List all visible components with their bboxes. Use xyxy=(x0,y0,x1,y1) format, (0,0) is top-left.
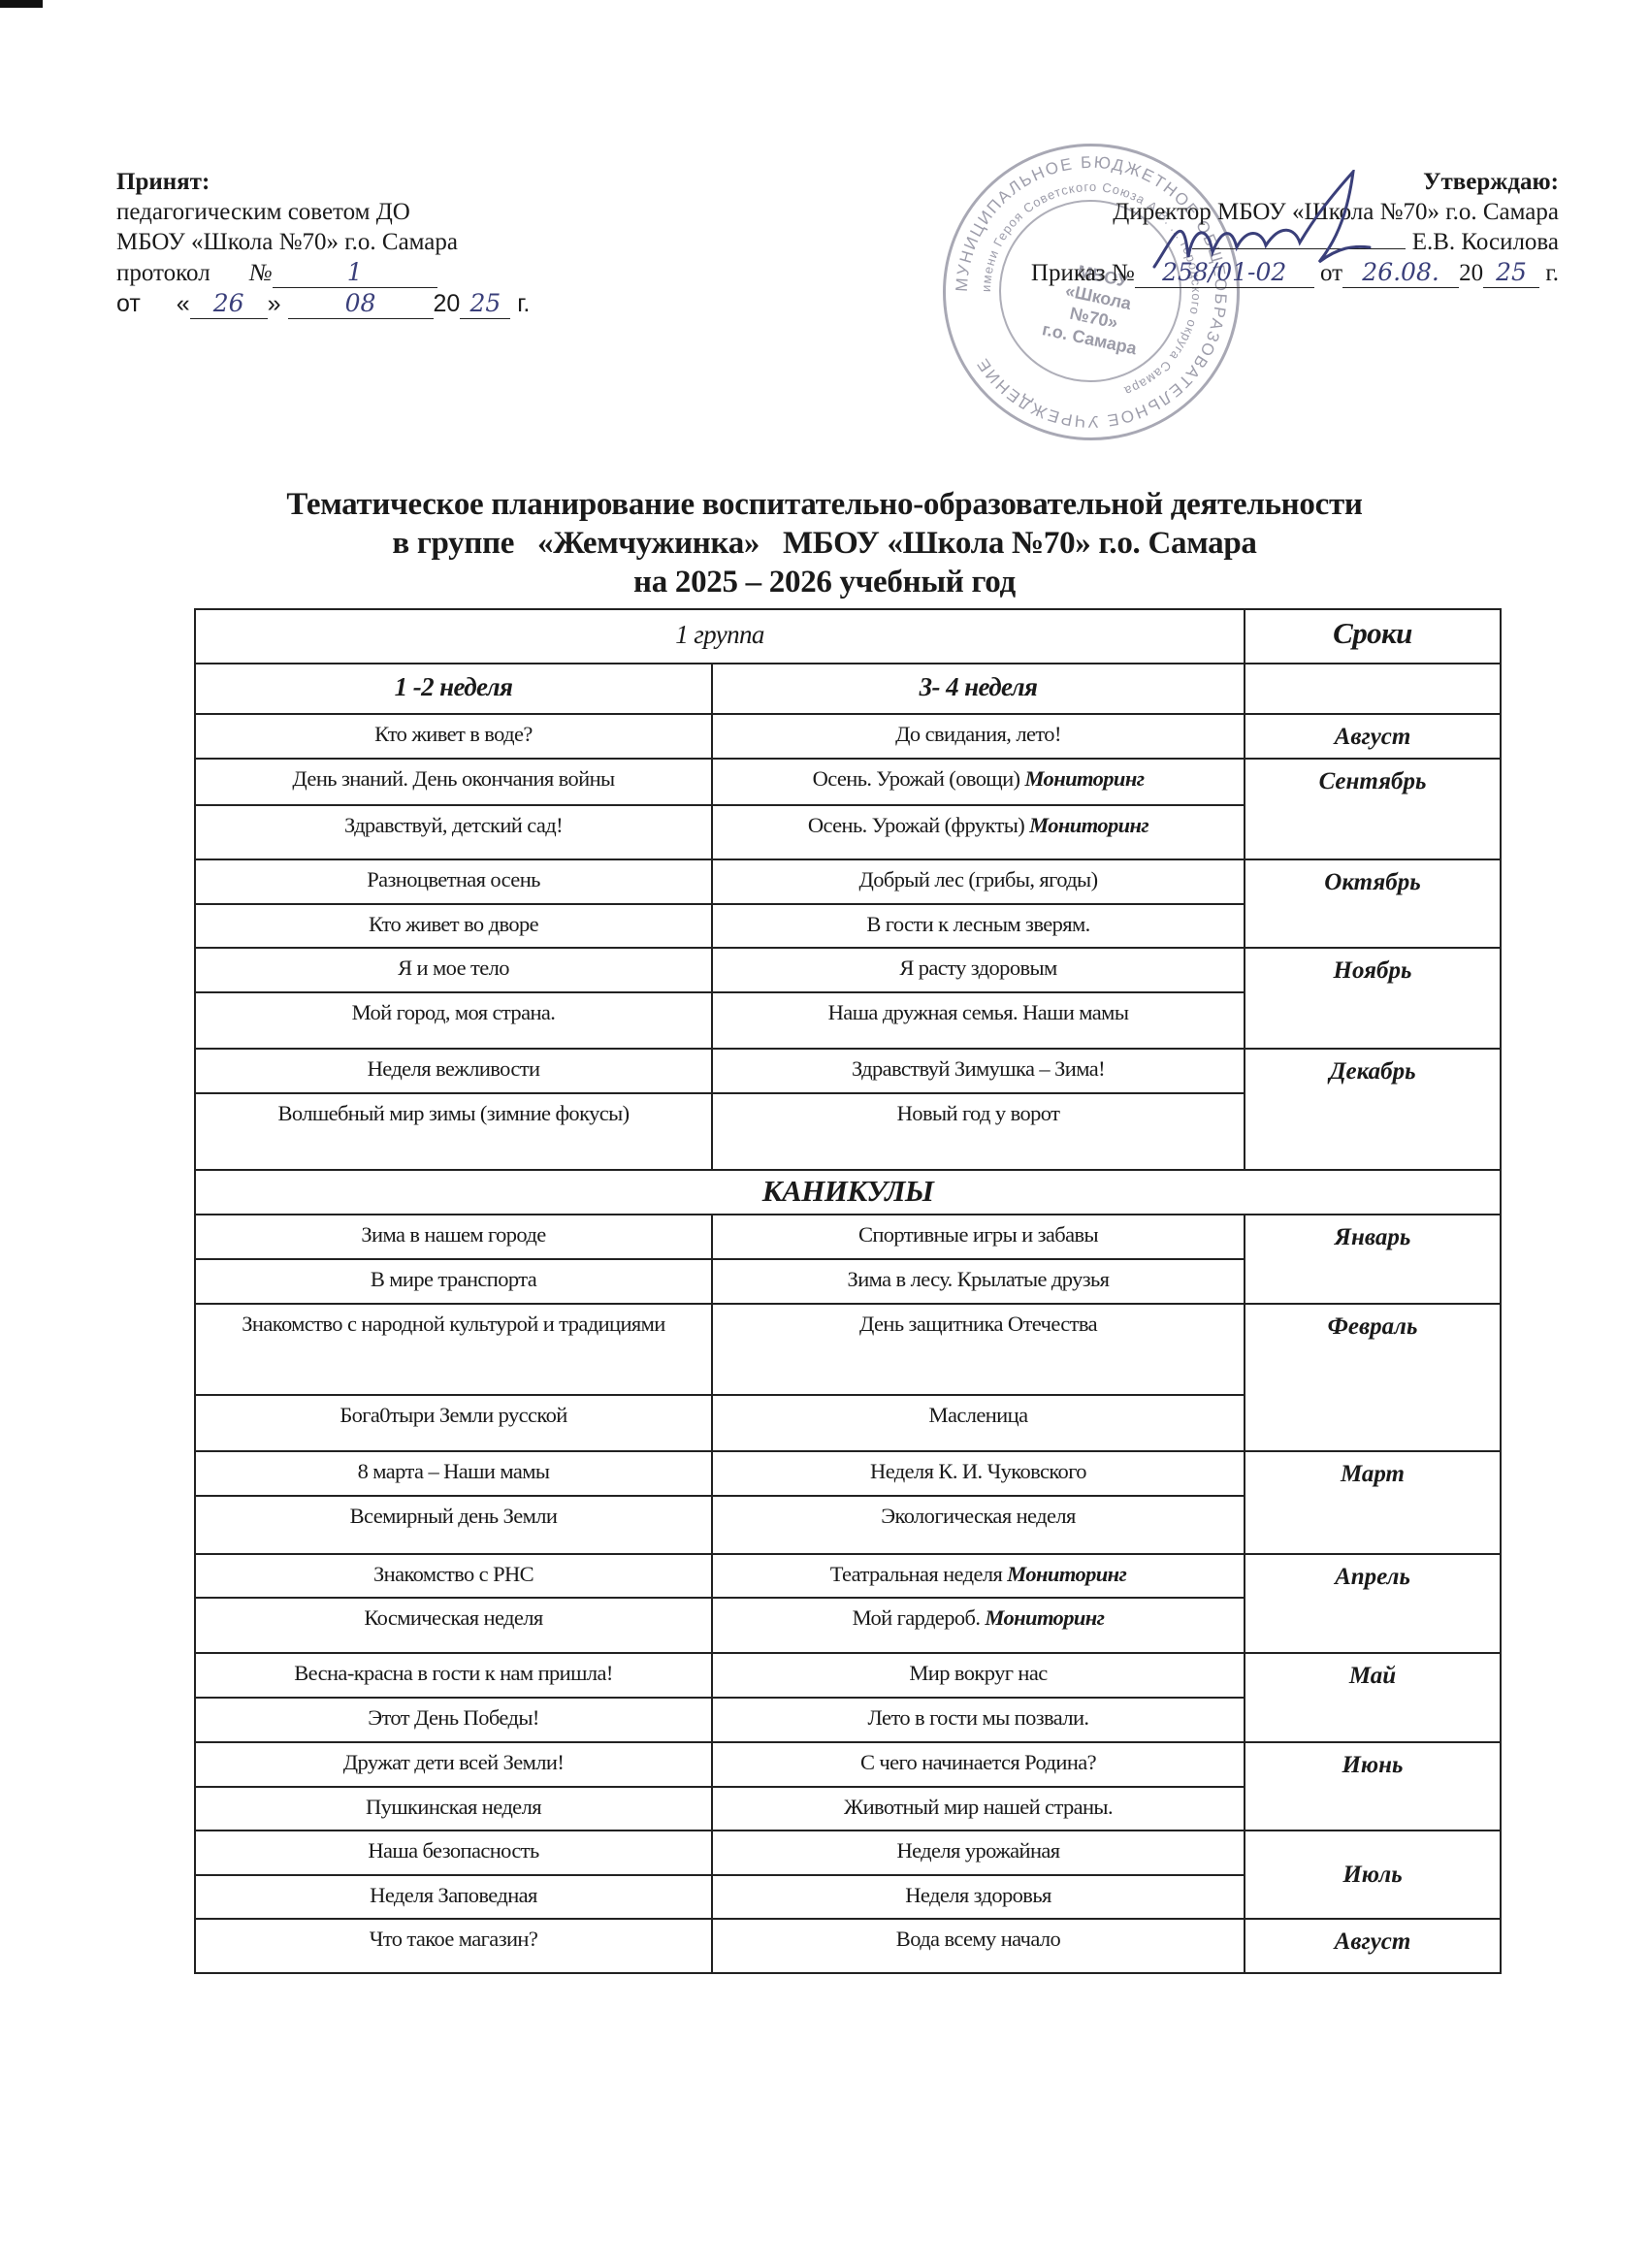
cell-week12: Пушкинская неделя xyxy=(195,1787,712,1831)
protocol-label: протокол xyxy=(116,260,210,286)
topic-text: Неделя здоровья xyxy=(905,1883,1051,1907)
date-year-suffix: 25 xyxy=(460,288,510,319)
cell-week12: Зима в нашем городе xyxy=(195,1215,712,1259)
month-cell: Сентябрь xyxy=(1245,759,1501,859)
topic-text: Я расту здоровым xyxy=(899,956,1056,980)
order-suffix: г. xyxy=(1545,260,1559,286)
table-row: Что такое магазин?Вода всему началоАвгус… xyxy=(195,1919,1501,1973)
cell-week34: Новый год у ворот xyxy=(712,1093,1245,1170)
topic-text: Разноцветная осень xyxy=(367,867,540,891)
topic-text: Неделя вежливости xyxy=(368,1056,540,1081)
cell-week12: Кто живет во дворе xyxy=(195,904,712,948)
table-row: Знакомство с РНСТеатральная неделя Монит… xyxy=(195,1554,1501,1598)
month-cell: Май xyxy=(1245,1653,1501,1742)
cell-week12: Неделя вежливости xyxy=(195,1049,712,1093)
cell-week34: Театральная неделя Мониторинг xyxy=(712,1554,1245,1598)
cell-week34: Осень. Урожай (фрукты) Мониторинг xyxy=(712,805,1245,859)
cell-week34: Наша дружная семья. Наши мамы xyxy=(712,992,1245,1049)
order-year-suffix: 25 xyxy=(1483,257,1539,288)
date-month: 08 xyxy=(288,288,434,319)
cell-week12: Мой город, моя страна. xyxy=(195,992,712,1049)
topic-text: Бога0тыри Земли русской xyxy=(339,1403,566,1427)
protocol-number: 1 xyxy=(273,257,437,288)
topic-text: Осень. Урожай (фрукты) xyxy=(808,813,1024,837)
cell-week34: Вода всему начало xyxy=(712,1919,1245,1973)
monitoring-tag: Мониторинг xyxy=(1029,813,1148,837)
topic-text: Наша дружная семья. Наши мамы xyxy=(828,1000,1129,1024)
cell-week12: Волшебный мир зимы (зимние фокусы) xyxy=(195,1093,712,1170)
topic-text: Знакомство с народной культурой и традиц… xyxy=(242,1312,664,1336)
cell-week12: Наша безопасность xyxy=(195,1831,712,1875)
cell-week34: Неделя урожайная xyxy=(712,1831,1245,1875)
cell-week34: Спортивные игры и забавы xyxy=(712,1215,1245,1259)
table-row: Неделя вежливостиЗдравствуй Зимушка – Зи… xyxy=(195,1049,1501,1093)
topic-text: Дружат дети всей Земли! xyxy=(343,1750,564,1774)
cell-week12: Бога0тыри Земли русской xyxy=(195,1395,712,1451)
month-cell: Февраль xyxy=(1245,1304,1501,1451)
cell-week12: Я и мое тело xyxy=(195,948,712,992)
week-header-row: 1 -2 неделя 3- 4 неделя xyxy=(195,664,1501,714)
protocol-date-line: от «26» 082025 г. xyxy=(116,288,530,319)
terms-header: Сроки xyxy=(1245,609,1501,664)
topic-text: С чего начинается Родина? xyxy=(860,1750,1096,1774)
cell-week34: Я расту здоровым xyxy=(712,948,1245,992)
date-day: 26 xyxy=(190,288,268,319)
topic-text: Весна-красна в гости к нам пришла! xyxy=(294,1661,613,1685)
cell-week34: С чего начинается Родина? xyxy=(712,1742,1245,1787)
topic-text: Мой гардероб. xyxy=(853,1605,981,1630)
topic-text: День защитника Отечества xyxy=(859,1312,1097,1336)
topic-text: Кто живет в воде? xyxy=(374,722,533,746)
topic-text: Я и мое тело xyxy=(398,956,509,980)
topic-text: Неделя К. И. Чуковского xyxy=(870,1459,1086,1483)
table-row: Дружат дети всей Земли!С чего начинается… xyxy=(195,1742,1501,1787)
empty-terms-cell xyxy=(1245,664,1501,714)
topic-text: В гости к лесным зверям. xyxy=(866,912,1089,936)
holiday-label: КАНИКУЛЫ xyxy=(195,1170,1501,1215)
cell-week12: Знакомство с РНС xyxy=(195,1554,712,1598)
protocol-no-sign: № xyxy=(249,260,273,286)
cell-week12: Неделя Заповедная xyxy=(195,1875,712,1919)
scan-corner-mark xyxy=(0,0,43,8)
monitoring-tag: Мониторинг xyxy=(1024,766,1144,791)
topic-text: Волшебный мир зимы (зимние фокусы) xyxy=(277,1101,629,1125)
cell-week12: Космическая неделя xyxy=(195,1598,712,1653)
topic-text: Спортивные игры и забавы xyxy=(858,1222,1098,1247)
month-cell: Июль xyxy=(1245,1831,1501,1919)
topic-text: Экологическая неделя xyxy=(881,1504,1076,1528)
topic-text: Этот День Победы! xyxy=(368,1705,539,1730)
cell-week12: Всемирный день Земли xyxy=(195,1496,712,1554)
topic-text: Зима в нашем городе xyxy=(361,1222,545,1247)
topic-text: Мир вокруг нас xyxy=(909,1661,1047,1685)
topic-text: 8 марта – Наши мамы xyxy=(358,1459,550,1483)
cell-week12: 8 марта – Наши мамы xyxy=(195,1451,712,1496)
cell-week12: Здравствуй, детский сад! xyxy=(195,805,712,859)
topic-text: Неделя урожайная xyxy=(896,1838,1059,1863)
table-row: Разноцветная осеньДобрый лес (грибы, яго… xyxy=(195,859,1501,904)
week12-header: 1 -2 неделя xyxy=(195,664,712,714)
document-title: Тематическое планирование воспитательно-… xyxy=(0,485,1649,601)
topic-text: Кто живет во дворе xyxy=(369,912,538,936)
topic-text: Новый год у ворот xyxy=(897,1101,1060,1125)
accepted-heading: Принят: xyxy=(116,167,530,197)
topic-text: Животный мир нашей страны. xyxy=(844,1795,1113,1819)
topic-text: Осень. Урожай (овощи) xyxy=(813,766,1020,791)
table-row: Знакомство с народной культурой и традиц… xyxy=(195,1304,1501,1395)
cell-week34: Неделя здоровья xyxy=(712,1875,1245,1919)
topic-text: Что такое магазин? xyxy=(370,1927,538,1951)
title-line1: Тематическое планирование воспитательно-… xyxy=(0,485,1649,524)
protocol-line: протокол №1 xyxy=(116,257,530,288)
accepted-by-line1: педагогическим советом ДО xyxy=(116,197,530,227)
topic-text: Знакомство с РНС xyxy=(373,1562,533,1586)
cell-week34: Зима в лесу. Крылатые друзья xyxy=(712,1259,1245,1304)
cell-week12: Весна-красна в гости к нам пришла! xyxy=(195,1653,712,1698)
month-cell: Октябрь xyxy=(1245,859,1501,948)
topic-text: Наша безопасность xyxy=(368,1838,538,1863)
topic-text: Неделя Заповедная xyxy=(370,1883,537,1907)
topic-text: Пушкинская неделя xyxy=(366,1795,541,1819)
cell-week12: Разноцветная осень xyxy=(195,859,712,904)
cell-week34: Мир вокруг нас xyxy=(712,1653,1245,1698)
topic-text: Зима в лесу. Крылатые друзья xyxy=(848,1267,1110,1291)
cell-week12: Знакомство с народной культурой и традиц… xyxy=(195,1304,712,1395)
cell-week34: До свидания, лето! xyxy=(712,714,1245,759)
cell-week12: В мире транспорта xyxy=(195,1259,712,1304)
cell-week12: Дружат дети всей Земли! xyxy=(195,1742,712,1787)
month-cell: Апрель xyxy=(1245,1554,1501,1653)
table-header-row: 1 группа Сроки xyxy=(195,609,1501,664)
title-line3: на 2025 – 2026 учебный год xyxy=(0,563,1649,601)
date-prefix: от xyxy=(116,290,141,317)
cell-week12: Кто живет в воде? xyxy=(195,714,712,759)
cell-week12: Этот День Победы! xyxy=(195,1698,712,1742)
cell-week12: Что такое магазин? xyxy=(195,1919,712,1973)
topic-text: В мире транспорта xyxy=(371,1267,536,1291)
table-row: Весна-красна в гости к нам пришла!Мир во… xyxy=(195,1653,1501,1698)
director-name: Е.В. Косилова xyxy=(1412,229,1559,255)
topic-text: Добрый лес (грибы, ягоды) xyxy=(859,867,1098,891)
monitoring-tag: Мониторинг xyxy=(1007,1562,1126,1586)
month-cell: Ноябрь xyxy=(1245,948,1501,1049)
topic-text: Лето в гости мы позвали. xyxy=(868,1705,1089,1730)
cell-week34: День защитника Отечества xyxy=(712,1304,1245,1395)
cell-week34: Экологическая неделя xyxy=(712,1496,1245,1554)
cell-week34: Осень. Урожай (овощи) Мониторинг xyxy=(712,759,1245,805)
topic-text: Вода всему начало xyxy=(896,1927,1060,1951)
table-row: День знаний. День окончания войныОсень. … xyxy=(195,759,1501,805)
month-cell: Август xyxy=(1245,1919,1501,1973)
topic-text: Масленица xyxy=(929,1403,1028,1427)
cell-week12: День знаний. День окончания войны xyxy=(195,759,712,805)
topic-text: Здравствуй, детский сад! xyxy=(344,813,563,837)
cell-week34: В гости к лесным зверям. xyxy=(712,904,1245,948)
holiday-row: КАНИКУЛЫ xyxy=(195,1170,1501,1215)
topic-text: Всемирный день Земли xyxy=(350,1504,558,1528)
approval-block-accepted: Принят: педагогическим советом ДО МБОУ «… xyxy=(116,167,530,319)
thematic-plan-table: 1 группа Сроки 1 -2 неделя 3- 4 неделя К… xyxy=(194,608,1502,1974)
accepted-by-line2: МБОУ «Школа №70» г.о. Самара xyxy=(116,227,530,257)
table-row: Кто живет в воде?До свидания, лето!Авгус… xyxy=(195,714,1501,759)
cell-week34: Животный мир нашей страны. xyxy=(712,1787,1245,1831)
group-header: 1 группа xyxy=(195,609,1245,664)
title-line2: в группе «Жемчужинка» МБОУ «Школа №70» г… xyxy=(0,524,1649,563)
table-row: Наша безопасностьНеделя урожайнаяИюль xyxy=(195,1831,1501,1875)
cell-week34: Лето в гости мы позвали. xyxy=(712,1698,1245,1742)
cell-week34: Неделя К. И. Чуковского xyxy=(712,1451,1245,1496)
month-cell: Декабрь xyxy=(1245,1049,1501,1170)
table-row: 8 марта – Наши мамыНеделя К. И. Чуковско… xyxy=(195,1451,1501,1496)
cell-week34: Здравствуй Зимушка – Зима! xyxy=(712,1049,1245,1093)
date-suffix: г. xyxy=(517,290,530,317)
month-cell: Июнь xyxy=(1245,1742,1501,1831)
cell-week34: Мой гардероб. Мониторинг xyxy=(712,1598,1245,1653)
date-year-prefix: 20 xyxy=(434,290,461,317)
monitoring-tag: Мониторинг xyxy=(985,1605,1104,1630)
month-cell: Январь xyxy=(1245,1215,1501,1304)
cell-week34: Добрый лес (грибы, ягоды) xyxy=(712,859,1245,904)
director-signature xyxy=(1115,170,1377,286)
topic-text: Здравствуй Зимушка – Зима! xyxy=(852,1056,1105,1081)
cell-week34: Масленица xyxy=(712,1395,1245,1451)
order-year-prefix: 20 xyxy=(1459,260,1483,286)
week34-header: 3- 4 неделя xyxy=(712,664,1245,714)
topic-text: Театральная неделя xyxy=(830,1562,1003,1586)
table-row: Зима в нашем городеСпортивные игры и заб… xyxy=(195,1215,1501,1259)
topic-text: Космическая неделя xyxy=(364,1605,542,1630)
month-cell: Август xyxy=(1245,714,1501,759)
topic-text: День знаний. День окончания войны xyxy=(292,766,614,791)
table-row: Я и мое телоЯ расту здоровымНоябрь xyxy=(195,948,1501,992)
month-cell: Март xyxy=(1245,1451,1501,1554)
topic-text: Мой город, моя страна. xyxy=(352,1000,556,1024)
topic-text: До свидания, лето! xyxy=(895,722,1061,746)
